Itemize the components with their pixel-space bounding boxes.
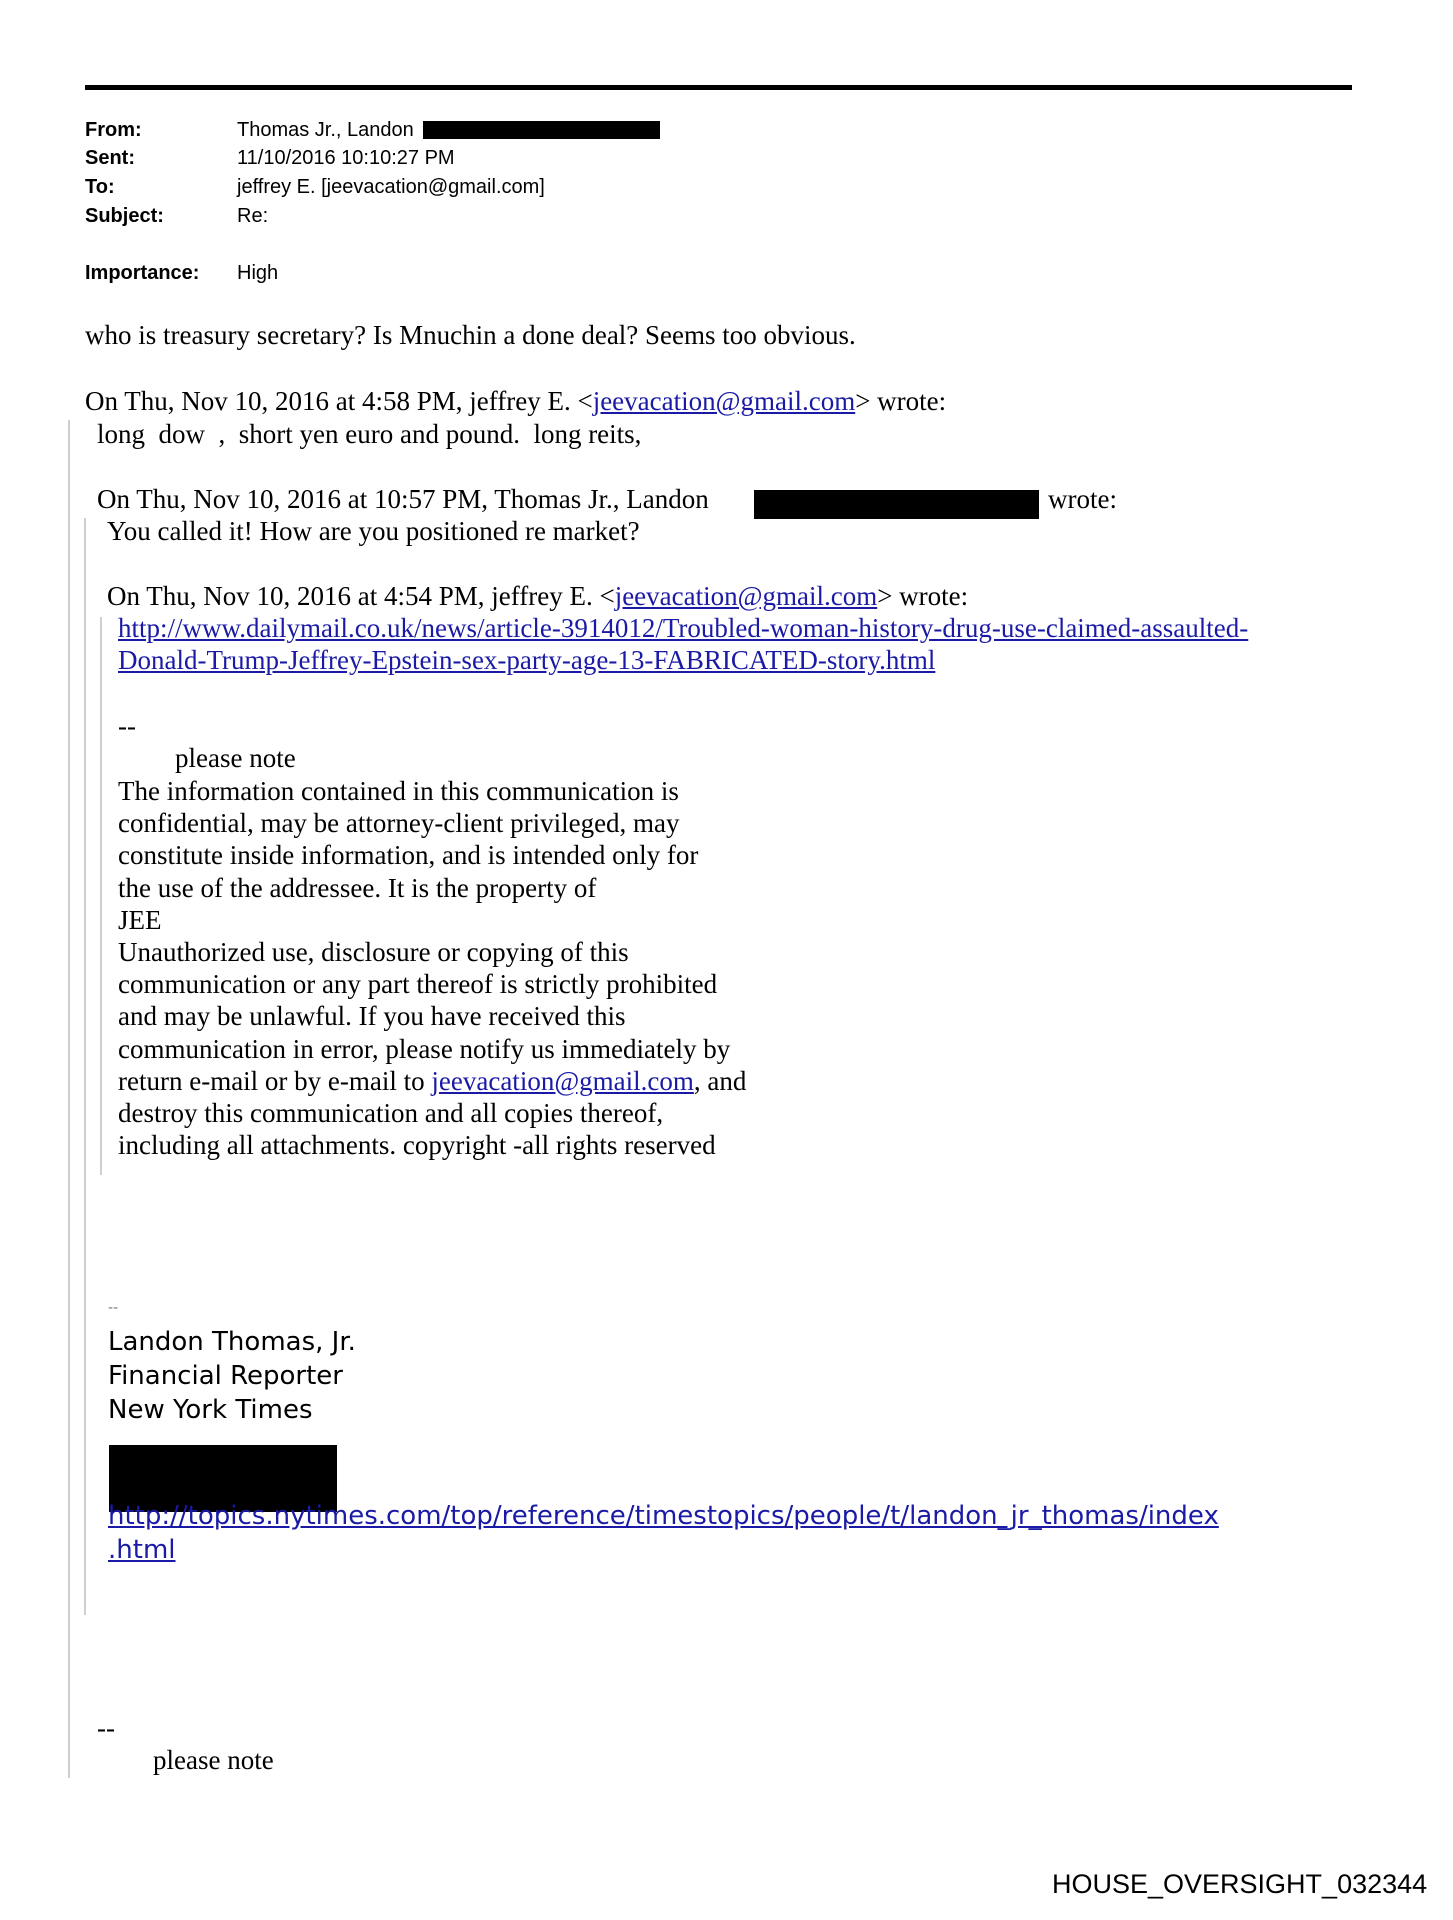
redaction-from-email [423,121,660,139]
quote3-please-note: please note [175,743,296,774]
quote-bar-level-1 [68,420,70,1778]
disclaimer-line: including all attachments. copyright -al… [118,1129,746,1161]
nytimes-topics-link-line1[interactable]: http://topics.nytimes.com/top/reference/… [108,1501,1219,1531]
disclaimer-line: the use of the addressee. It is the prop… [118,872,746,904]
quote2-attribution-suffix: wrote: [1048,484,1117,515]
nytimes-topics-link-line2[interactable]: .html [108,1535,176,1565]
to-label: To: [85,176,115,199]
disclaimer-email-line: return e-mail or by e-mail to jeevacatio… [118,1065,746,1097]
quote-bar-level-3 [100,617,102,1175]
disclaimer-line: destroy this communication and all copie… [118,1097,746,1129]
header-rule [85,85,1352,90]
disclaimer-line: The information contained in this commun… [118,775,746,807]
signature-title: Financial Reporter [108,1361,343,1391]
disclaimer-email-suffix: , and [694,1066,746,1096]
quote1-attribution: On Thu, Nov 10, 2016 at 4:58 PM, jeffrey… [85,386,946,417]
signature-org: New York Times [108,1395,313,1425]
disclaimer-email-link[interactable]: jeevacation@gmail.com [431,1066,694,1096]
importance-value: High [237,262,278,285]
quote3-attribution: On Thu, Nov 10, 2016 at 4:54 PM, jeffrey… [107,581,968,612]
disclaimer-line: constitute inside information, and is in… [118,839,746,871]
from-value: Thomas Jr., Landon [237,119,414,142]
quote1-attribution-suffix: > wrote: [855,386,946,416]
quote1-email-link[interactable]: jeevacation@gmail.com [593,386,856,416]
disclaimer-line: communication or any part thereof is str… [118,968,746,1000]
disclaimer-line: confidential, may be attorney-client pri… [118,807,746,839]
quote3-email-link[interactable]: jeevacation@gmail.com [615,581,878,611]
quote3-attribution-suffix: > wrote: [877,581,968,611]
importance-label: Importance: [85,262,199,285]
subject-label: Subject: [85,205,164,228]
sent-label: Sent: [85,147,135,170]
signature-name: Landon Thomas, Jr. [108,1327,356,1357]
disclaimer-line: Unauthorized use, disclosure or copying … [118,936,746,968]
redaction-quote2-email [754,490,1039,519]
quote3-attribution-prefix: On Thu, Nov 10, 2016 at 4:54 PM, jeffrey… [107,581,615,611]
outer-please-note: please note [153,1745,274,1776]
disclaimer-line: and may be unlawful. If you have receive… [118,1000,746,1032]
bates-number: HOUSE_OVERSIGHT_032344 [1052,1869,1427,1900]
disclaimer-email-prefix: return e-mail or by e-mail to [118,1066,431,1096]
sent-value: 11/10/2016 10:10:27 PM [237,147,455,170]
disclaimer-line: JEE [118,904,746,936]
dailymail-link-line2[interactable]: Donald-Trump-Jeffrey-Epstein-sex-party-a… [118,645,935,676]
quote1-text: long dow , short yen euro and pound. lon… [97,419,641,450]
disclaimer-line: communication in error, please notify us… [118,1033,746,1065]
quote1-attribution-prefix: On Thu, Nov 10, 2016 at 4:58 PM, jeffrey… [85,386,593,416]
quote-bar-level-2 [84,518,86,1615]
outer-sig-dash: -- [97,1713,115,1744]
to-value: jeffrey E. [jeevacation@gmail.com] [237,176,545,199]
quote2-text: You called it! How are you positioned re… [107,516,640,547]
quote3-sig-dash: -- [118,711,136,742]
reply-text: who is treasury secretary? Is Mnuchin a … [85,320,856,351]
quote2-attribution-prefix: On Thu, Nov 10, 2016 at 10:57 PM, Thomas… [97,484,709,515]
signature-dash: -- [108,1300,118,1316]
from-label: From: [85,119,142,142]
disclaimer-block: The information contained in this commun… [118,775,746,1161]
subject-value: Re: [237,205,268,228]
dailymail-link-line1[interactable]: http://www.dailymail.co.uk/news/article-… [118,613,1248,644]
